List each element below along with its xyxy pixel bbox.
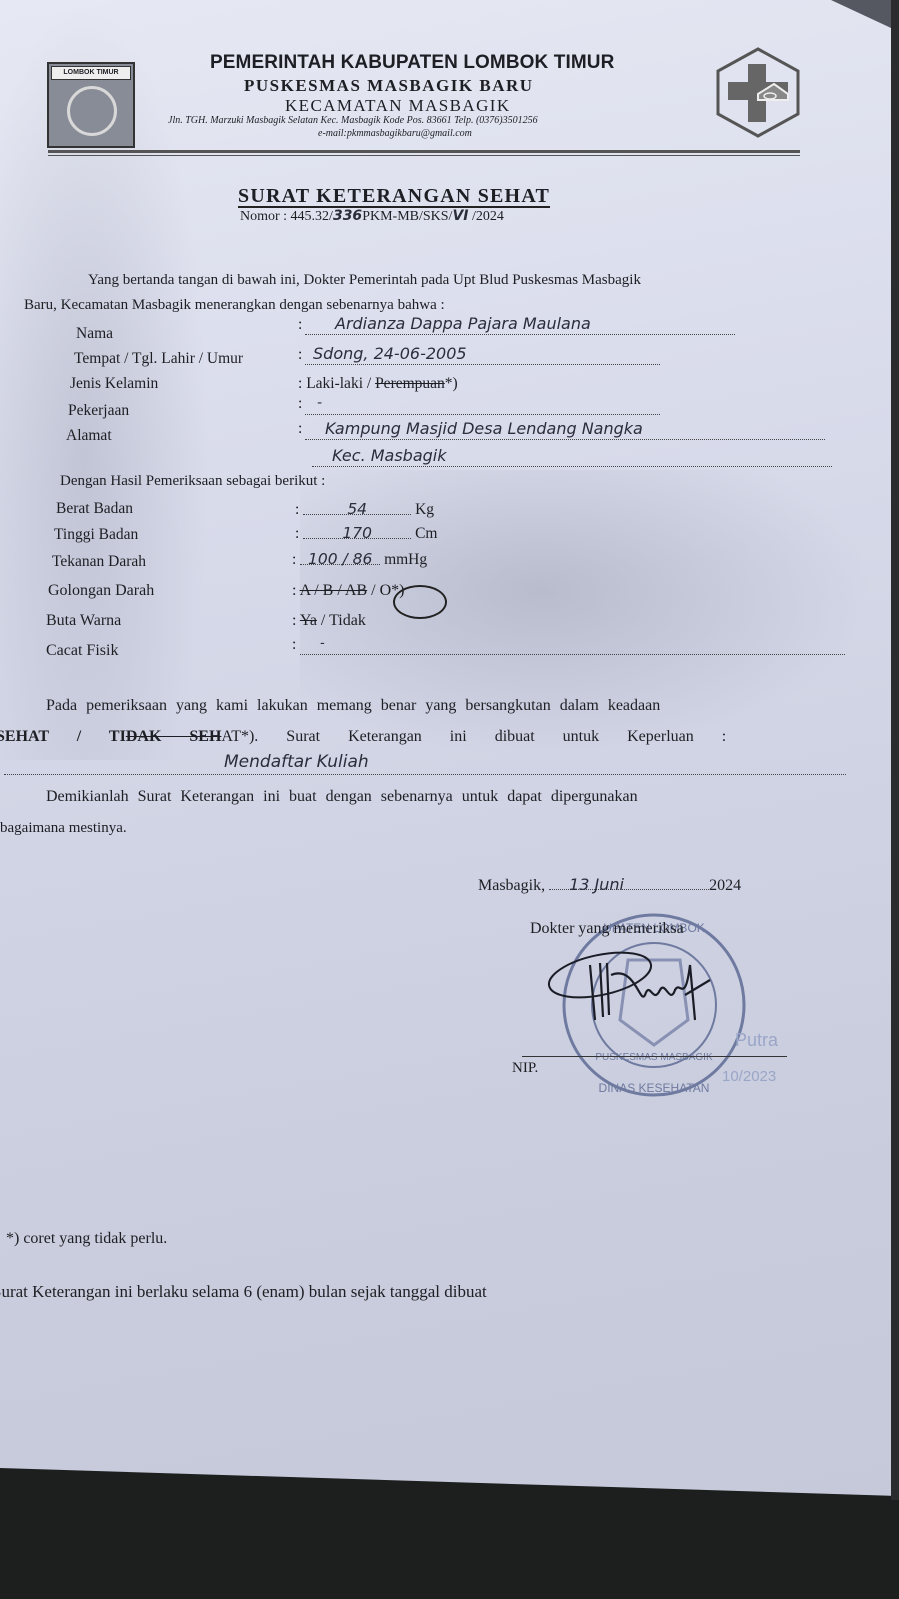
field-tempat-tgl-lahir: Sdong, 24-06-2005: [305, 350, 660, 365]
emblem-label: LOMBOK TIMUR: [51, 66, 131, 80]
letterhead-rule: [48, 155, 800, 156]
label-tinggi-badan: Tinggi Badan: [54, 526, 138, 544]
document-number: Nomor : 445.32/336PKM-MB/SKS/VI /2024: [240, 208, 504, 225]
conclusion-line-1: Pada pemeriksaan yang kami lakukan meman…: [46, 697, 660, 715]
letterhead-email: e-mail:pkmmasbagikbaru@gmail.com: [318, 128, 472, 139]
field-nama: Ardianza Dappa Pajara Maulana: [305, 320, 735, 335]
field-tekanan-darah: : 100 / 86 mmHg: [292, 550, 427, 569]
signature-mark-icon: [545, 945, 735, 1035]
intro-line-2: Baru, Kecamatan Masbagik menerangkan den…: [24, 297, 445, 314]
signature-role: Dokter yang memeriksa: [530, 920, 684, 938]
lombok-timur-emblem-icon: LOMBOK TIMUR: [47, 62, 135, 148]
letterhead-address: Jln. TGH. Marzuki Masbagik Selatan Kec. …: [168, 115, 538, 126]
label-jenis-kelamin: Jenis Kelamin: [70, 375, 158, 393]
background-corner: [831, 0, 891, 28]
label-cacat-fisik: Cacat Fisik: [46, 642, 118, 660]
field-berat-badan: : 54 Kg: [295, 500, 434, 519]
letterhead-kecamatan: KECAMATAN MASBAGIK: [285, 96, 511, 116]
signature-date: Masbagik, 13 Juni2024: [478, 875, 741, 895]
puskesmas-cross-hexagon-icon: [712, 46, 804, 138]
letterhead-government: PEMERINTAH KABUPATEN LOMBOK TIMUR: [210, 52, 614, 74]
label-alamat: Alamat: [66, 427, 112, 445]
document-paper: LOMBOK TIMUR PEMERINTAH KABUPATEN LOMBOK…: [0, 0, 899, 1510]
faint-name-text: Putra: [735, 1030, 778, 1051]
letterhead-puskesmas: PUSKESMAS MASBAGIK BARU: [244, 76, 534, 96]
conclusion-line-2: SEHAT / TIDAK SEHAT*). Surat Keterangan …: [0, 728, 726, 746]
field-buta-warna: : Ya / Tidak: [292, 612, 366, 630]
field-alamat-2: Kec. Masbagik: [312, 452, 832, 467]
label-tempat-tgl-lahir: Tempat / Tgl. Lahir / Umur: [74, 350, 243, 368]
label-tekanan-darah: Tekanan Darah: [52, 553, 146, 571]
label-nama: Nama: [76, 325, 113, 343]
field-cacat-fisik: -: [300, 640, 845, 655]
label-berat-badan: Berat Badan: [56, 500, 133, 518]
svg-text:DINAS KESEHATAN: DINAS KESEHATAN: [599, 1081, 710, 1095]
validity-note: Surat Keterangan ini berlaku selama 6 (e…: [0, 1282, 487, 1302]
svg-text:PUSKESMAS MASBAGIK: PUSKESMAS MASBAGIK: [595, 1052, 713, 1063]
exam-heading: Dengan Hasil Pemeriksaan sebagai berikut…: [60, 473, 325, 490]
field-golongan-darah: : A / B / AB / O*): [292, 582, 404, 600]
field-tinggi-badan: : 170 Cm: [295, 524, 437, 543]
conclusion-line-3: Demikianlah Surat Keterangan ini buat de…: [46, 788, 638, 806]
letterhead-rule: [48, 150, 800, 153]
footnote: *) coret yang tidak perlu.: [6, 1230, 167, 1248]
label-pekerjaan: Pekerjaan: [68, 402, 129, 420]
nip-label: NIP.: [512, 1060, 538, 1077]
selected-circle-mark: [393, 585, 447, 619]
field-keperluan: Mendaftar Kuliah: [4, 760, 846, 775]
faint-date-text: 10/2023: [722, 1068, 776, 1085]
signature-line: [522, 1056, 787, 1057]
conclusion-line-4: bagaimana mestinya.: [0, 820, 127, 837]
document-title: SURAT KETERANGAN SEHAT: [238, 186, 550, 208]
label-golongan-darah: Golongan Darah: [48, 582, 154, 600]
field-pekerjaan: -: [305, 400, 660, 415]
intro-line-1: Yang bertanda tangan di bawah ini, Dokte…: [88, 272, 641, 289]
label-buta-warna: Buta Warna: [46, 612, 121, 630]
background-edge: [891, 0, 899, 1500]
field-alamat: Kampung Masjid Desa Lendang Nangka: [305, 425, 825, 440]
field-jenis-kelamin: : Laki-laki / Perempuan*): [298, 375, 458, 393]
